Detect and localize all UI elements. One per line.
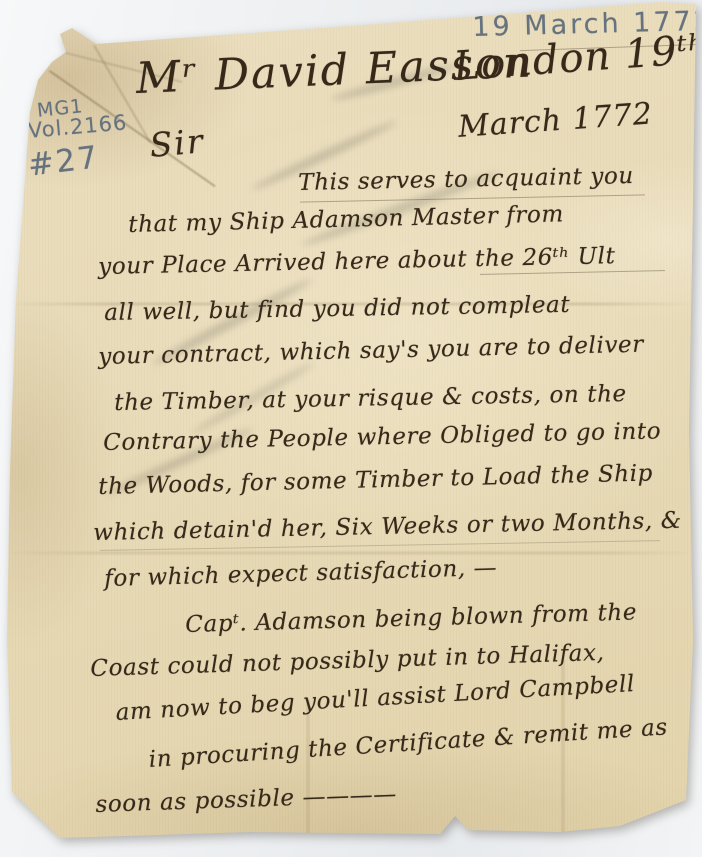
body-line: in procuring the Certificate & remit me …	[148, 714, 669, 773]
salutation: Sir	[148, 121, 206, 165]
vertical-fold-crease	[307, 700, 309, 835]
date-line: March 1772	[457, 96, 654, 145]
scanned-letter-page: 19 March 1772 MG1 Vol.2166 #27 Mʳ David …	[0, 0, 702, 857]
body-line: Coast could not possibly put in to Halif…	[90, 640, 605, 682]
body-line: the Timber, at your risque & costs, on t…	[114, 381, 627, 416]
body-line: Capᵗ. Adamson being blown from the	[185, 599, 637, 638]
archive-mark-number: #27	[26, 139, 101, 183]
body-line: the Woods, for some Timber to Load the S…	[98, 460, 653, 500]
body-line: all well, but find you did not compleat	[104, 292, 570, 326]
horizontal-fold-crease	[8, 552, 694, 554]
letter-paper: 19 March 1772 MG1 Vol.2166 #27 Mʳ David …	[0, 0, 702, 857]
body-line: soon as possible ————	[95, 781, 397, 818]
body-line: This serves to acquaint you	[298, 163, 634, 196]
body-line: which detain'd her, Six Weeks or two Mon…	[93, 508, 682, 546]
body-line: for which expect satisfaction, —	[104, 555, 498, 592]
body-line: that my Ship Adamson Master from	[128, 201, 564, 238]
body-line: your Place Arrived here about the 26ᵗʰ U…	[98, 243, 616, 280]
body-line: am now to beg you'll assist Lord Campbel…	[115, 671, 636, 726]
letter-paper-wrap: 19 March 1772 MG1 Vol.2166 #27 Mʳ David …	[0, 0, 702, 857]
pencil-guide-line	[300, 194, 645, 202]
body-line: Contrary the People where Obliged to go …	[103, 418, 661, 456]
body-line: your contract, which say's you are to de…	[98, 332, 644, 370]
